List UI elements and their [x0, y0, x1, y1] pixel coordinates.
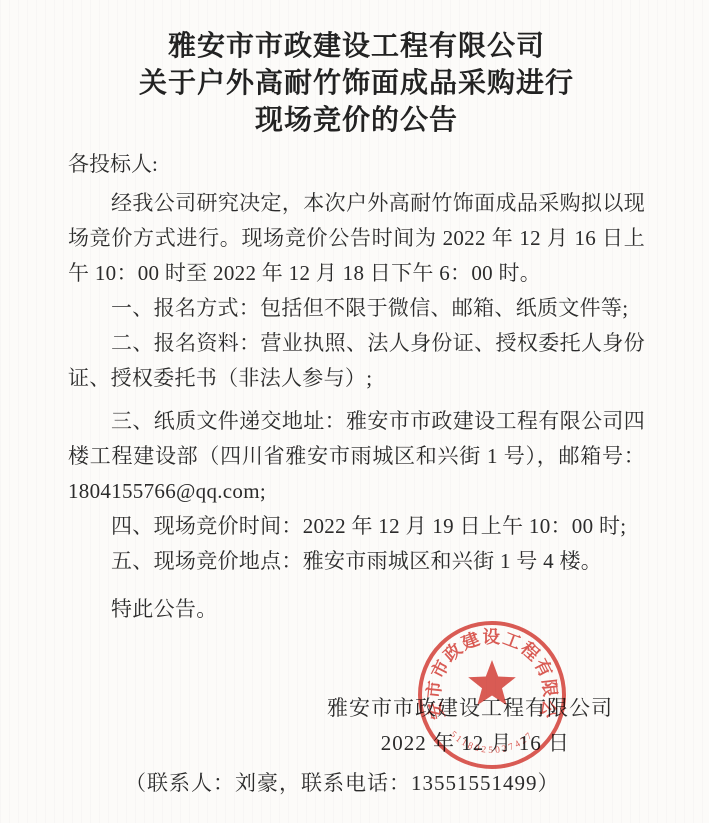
list-item-1: 一、报名方式：包括但不限于微信、邮箱、纸质文件等;: [68, 291, 645, 326]
document-content: 雅安市市政建设工程有限公司 关于户外高耐竹饰面成品采购进行 现场竞价的公告 各投…: [0, 0, 709, 801]
closing-statement: 特此公告。: [68, 592, 645, 627]
intro-paragraph: 经我公司研究决定，本次户外高耐竹饰面成品采购拟以现场竞价方式进行。现场竞价公告时…: [68, 186, 645, 291]
list-item-3: 三、纸质文件递交地址：雅安市市政建设工程有限公司四楼工程建设部（四川省雅安市雨城…: [68, 404, 645, 509]
list-item-5: 五、现场竞价地点：雅安市雨城区和兴街 1 号 4 楼。: [68, 544, 645, 579]
scanned-announcement-page: 雅安市市政建设工程有限公司 关于户外高耐竹饰面成品采购进行 现场竞价的公告 各投…: [0, 0, 709, 823]
signature-date: 2022 年 12 月 16 日: [68, 726, 645, 761]
list-item-2: 二、报名资料：营业执照、法人身份证、授权委托人身份证、授权委托书（非法人参与）;: [68, 326, 645, 396]
contact-line: （联系人：刘豪，联系电话：13551551499）: [68, 766, 645, 801]
title-line-subject: 关于户外高耐竹饰面成品采购进行: [68, 65, 645, 102]
title-line-company: 雅安市市政建设工程有限公司: [68, 28, 645, 65]
salutation: 各投标人:: [68, 147, 645, 182]
title-line-type: 现场竞价的公告: [68, 102, 645, 139]
signature-company: 雅安市市政建设工程有限公司: [68, 691, 645, 726]
list-item-4: 四、现场竞价时间：2022 年 12 月 19 日上午 10：00 时;: [68, 509, 645, 544]
document-title: 雅安市市政建设工程有限公司 关于户外高耐竹饰面成品采购进行 现场竞价的公告: [68, 28, 645, 139]
